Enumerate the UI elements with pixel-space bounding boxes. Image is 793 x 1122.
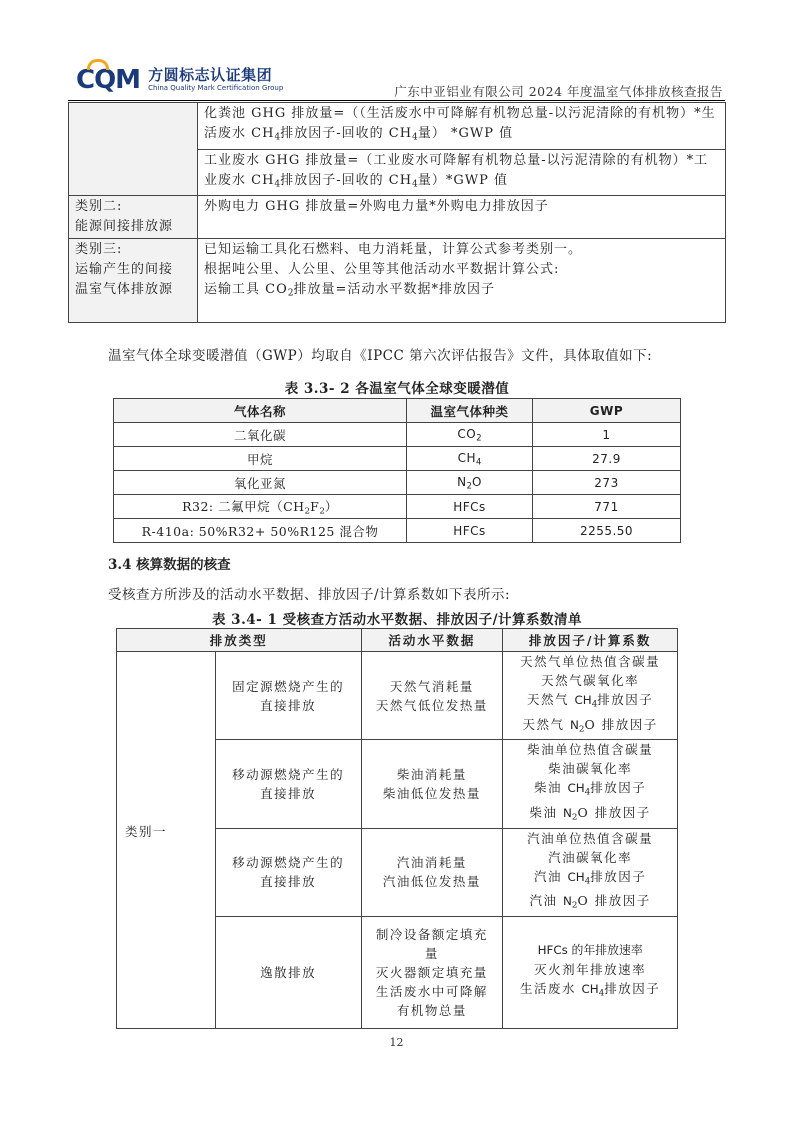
category-one-cell: 类别一	[117, 652, 216, 1029]
formula-cell-transport: 已知运输工具化石燃料、电力消耗量，计算公式参考类别一。 根据吨公里、人公里、公里…	[198, 239, 726, 323]
header-gwp: GWP	[533, 399, 681, 423]
table-row: 化粪池 GHG 排放量=（（生活废水中可降解有机物总量-以污泥清除的有机物）*生…	[69, 103, 726, 150]
page-number: 12	[0, 1036, 793, 1049]
activity-data-table: 排放类型 活动水平数据 排放因子/计算系数 类别一 固定源燃烧产生的直接排放 天…	[116, 628, 678, 1029]
table-row: 类别二: 能源间接排放源 外购电力 GHG 排放量=外购电力量*外购电力排放因子	[69, 196, 726, 239]
category-cell: 类别三: 运输产生的间接 温室气体排放源	[69, 239, 198, 323]
header-gas-type: 温室气体种类	[407, 399, 533, 423]
table-row: R-410a: 50%R32+ 50%R125 混合物 HFCs 2255.50	[114, 519, 681, 543]
gwp-table-caption: 表 3.3- 2 各温室气体全球变暖潜值	[113, 377, 681, 397]
cqm-logo: CQM 方圆标志认证集团 China Quality Mark Certific…	[76, 62, 283, 98]
table-row: 二氧化碳 CO2 1	[114, 423, 681, 447]
table-row: R32: 二氟甲烷（CH2F2） HFCs 771	[114, 495, 681, 519]
table-header-row: 排放类型 活动水平数据 排放因子/计算系数	[117, 629, 678, 652]
header-emission-factors: 排放因子/计算系数	[503, 629, 678, 652]
table-row: 甲烷 CH4 27.9	[114, 447, 681, 471]
formula-cell-industrial: 工业废水 GHG 排放量=（工业废水可降解有机物总量-以污泥清除的有机物）*工业…	[198, 149, 726, 196]
logo-english-name: China Quality Mark Certification Group	[148, 84, 283, 93]
logo-arc-icon	[87, 59, 109, 70]
category-cell	[69, 103, 198, 196]
category-cell: 类别二: 能源间接排放源	[69, 196, 198, 239]
header-divider	[68, 100, 725, 101]
header-emission-type: 排放类型	[117, 629, 362, 652]
formula-table: 化粪池 GHG 排放量=（（生活废水中可降解有机物总量-以污泥清除的有机物）*生…	[68, 102, 726, 323]
formula-cell-septic: 化粪池 GHG 排放量=（（生活废水中可降解有机物总量-以污泥清除的有机物）*生…	[198, 103, 726, 150]
section-heading: 3.4 核算数据的核查	[108, 553, 231, 573]
header-activity-data: 活动水平数据	[361, 629, 503, 652]
gwp-table: 气体名称 温室气体种类 GWP 二氧化碳 CO2 1 甲烷 CH4 27.9 氧…	[113, 398, 681, 543]
header-gas-name: 气体名称	[114, 399, 407, 423]
table-row: 氧化亚氮 N2O 273	[114, 471, 681, 495]
table-header-row: 气体名称 温室气体种类 GWP	[114, 399, 681, 423]
gwp-intro-paragraph: 温室气体全球变暖潜值（GWP）均取自《IPCC 第六次评估报告》文件，具体取值如…	[108, 344, 652, 364]
table-row: 类别一 固定源燃烧产生的直接排放 天然气消耗量天然气低位发热量 天然气单位热值含…	[117, 652, 678, 740]
report-title: 广东中亚铝业有限公司 2024 年度温室气体排放核查报告	[394, 82, 723, 100]
activity-table-caption: 表 3.4- 1 受核查方活动水平数据、排放因子/计算系数清单	[116, 608, 678, 628]
formula-cell-electricity: 外购电力 GHG 排放量=外购电力量*外购电力排放因子	[198, 196, 726, 239]
section-intro-paragraph: 受核查方所涉及的活动水平数据、排放因子/计算系数如下表所示:	[108, 583, 510, 603]
logo-mark: CQM	[76, 65, 140, 95]
logo-chinese-name: 方圆标志认证集团	[148, 67, 283, 84]
table-row: 类别三: 运输产生的间接 温室气体排放源 已知运输工具化石燃料、电力消耗量，计算…	[69, 239, 726, 323]
